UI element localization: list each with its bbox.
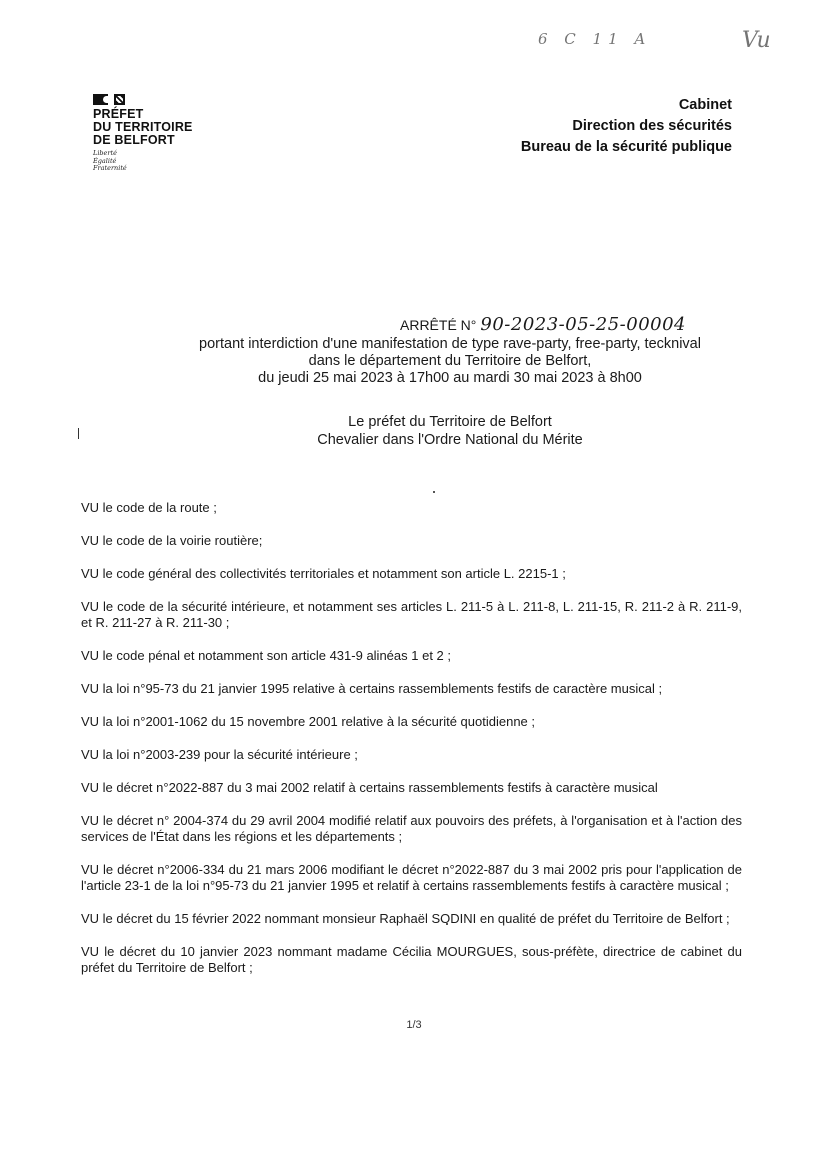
document-page: 6 C 11 A Vu PRÉFET DU TERRITOIRE DE BELF…	[0, 0, 828, 1169]
service-line: Direction des sécurités	[521, 116, 732, 137]
prefet-line: Le préfet du Territoire de Belfort	[100, 413, 800, 431]
handwritten-signature: Vu	[742, 28, 771, 53]
prefet-line: Chevalier dans l'Ordre National du Mérit…	[100, 431, 800, 449]
vu-item: VU la loi n°2003-239 pour la sécurité in…	[81, 747, 742, 763]
arrete-label: ARRÊTÉ N°	[400, 317, 476, 333]
emblem-icon	[114, 94, 125, 105]
vu-item: VU la loi n°95-73 du 21 janvier 1995 rel…	[81, 681, 742, 697]
scan-dot	[433, 491, 435, 493]
vu-item: VU le décret n°2006-334 du 21 mars 2006 …	[81, 862, 742, 894]
vu-item: VU le code de la route ;	[81, 500, 742, 516]
page-number: 1/3	[0, 1019, 828, 1031]
service-line: Cabinet	[521, 95, 732, 116]
motto-line: Fraternité	[93, 165, 203, 173]
arrete-subject-line: du jeudi 25 mai 2023 à 17h00 au mardi 30…	[100, 370, 800, 387]
arrete-number: 90-2023-05-25-00004	[480, 314, 686, 335]
logo-title: PRÉFET DU TERRITOIRE DE BELFORT	[93, 108, 203, 147]
arrete-subject-line: portant interdiction d'une manifestation…	[100, 336, 800, 353]
republic-flag-icon	[93, 94, 108, 105]
vu-item: VU le code de la voirie routière;	[81, 533, 742, 549]
arrete-subject-line: dans le département du Territoire de Bel…	[100, 353, 800, 370]
arrete-number-line: ARRÊTÉ N°90-2023-05-25-00004	[100, 316, 800, 335]
service-line: Bureau de la sécurité publique	[521, 137, 732, 158]
vu-item: VU le décret du 10 janvier 2023 nommant …	[81, 944, 742, 976]
vu-item: VU le code pénal et notamment son articl…	[81, 648, 742, 664]
vu-item: VU le décret n°2022-887 du 3 mai 2002 re…	[81, 780, 742, 796]
vu-item: VU le code général des collectivités ter…	[81, 566, 742, 582]
service-header: Cabinet Direction des sécurités Bureau d…	[521, 95, 732, 158]
vu-item: VU la loi n°2001-1062 du 15 novembre 200…	[81, 714, 742, 730]
scan-mark	[78, 428, 79, 439]
logo-motto: Liberté Égalité Fraternité	[93, 150, 203, 173]
prefet-block: Le préfet du Territoire de Belfort Cheva…	[100, 413, 800, 449]
vu-item: VU le code de la sécurité intérieure, et…	[81, 599, 742, 631]
prefecture-logo: PRÉFET DU TERRITOIRE DE BELFORT Liberté …	[93, 94, 203, 173]
vu-item: VU le décret n° 2004-374 du 29 avril 200…	[81, 813, 742, 845]
vu-item: VU le décret du 15 février 2022 nommant …	[81, 911, 742, 927]
marianne-logo-icon	[93, 94, 203, 106]
vu-list: VU le code de la route ; VU le code de l…	[81, 500, 742, 993]
handwritten-reference: 6 C 11 A	[538, 30, 651, 48]
arrete-title-block: ARRÊTÉ N°90-2023-05-25-00004 portant int…	[100, 316, 800, 387]
logo-title-line: DE BELFORT	[93, 134, 203, 147]
